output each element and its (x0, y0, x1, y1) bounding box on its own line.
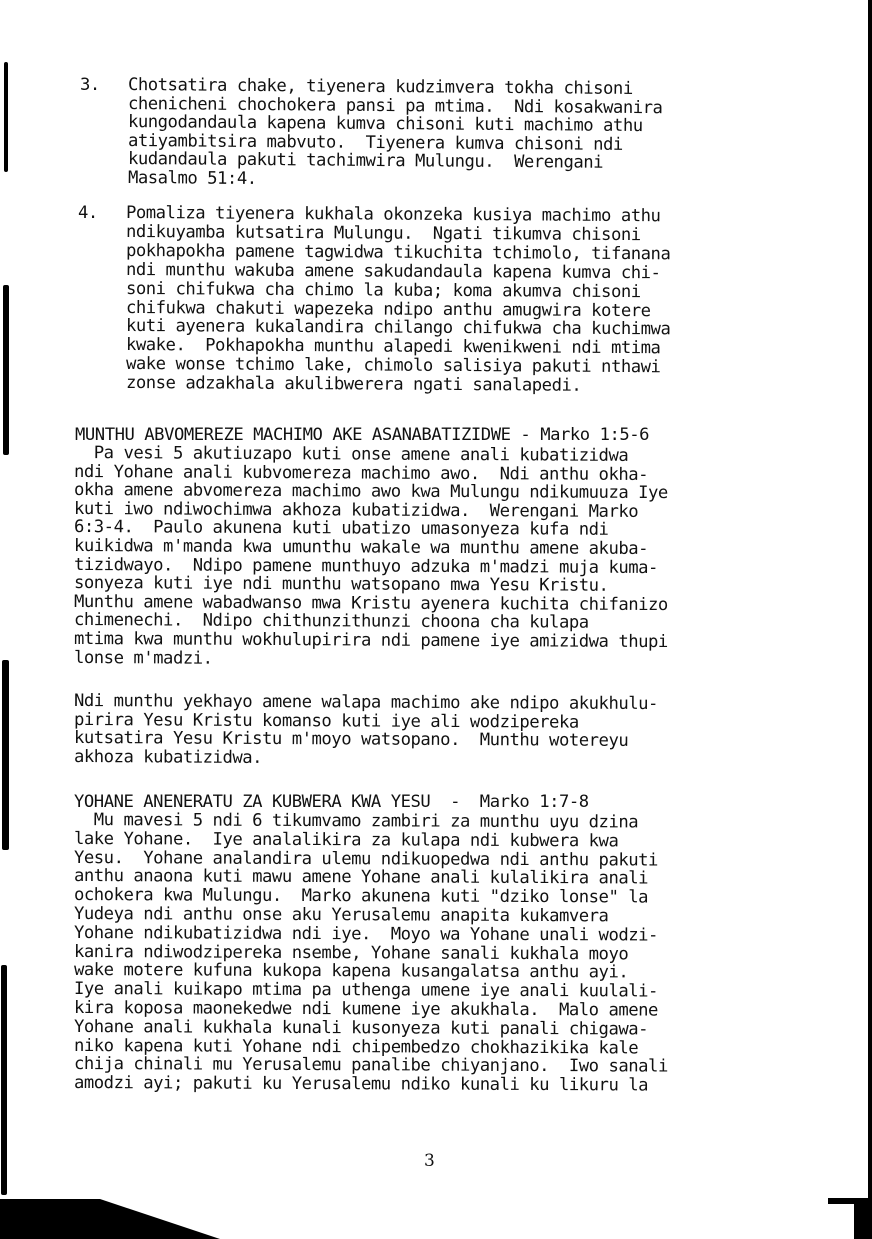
list-item-number: 3. (80, 76, 100, 94)
text-line: lonse m'madzi. (74, 649, 213, 668)
page-number: 3 (424, 1151, 434, 1171)
scan-shadow-bottom-right-lip (828, 1198, 868, 1204)
document-page: 3. Chotsatira chake, tiyenera kudzimvera… (0, 0, 872, 1239)
scan-mark-left (1, 965, 7, 1195)
text-line: Yohane anali kukhala kunali kusonyeza ku… (74, 1018, 648, 1039)
scan-shadow-bottom-left (0, 1199, 100, 1239)
text-line: akhoza kubatizidwa. (74, 748, 262, 767)
text-line: Yohane ndikubatizidwa ndi iye. Moyo wa Y… (74, 924, 658, 945)
scan-mark-left (3, 285, 9, 455)
scan-mark-left (2, 660, 9, 850)
section-heading: MUNTHU ABVOMEREZE MACHIMO AKE ASANABATIZ… (75, 426, 649, 444)
scan-mark-left (4, 62, 8, 172)
text-line: lake Yohane. Iye analalikira za kulapa n… (74, 830, 618, 850)
scan-edge-right (868, 0, 872, 1239)
scan-shadow-bottom-right (854, 1199, 872, 1239)
text-line: Masalmo 51:4. (128, 169, 257, 188)
text-line: Yudeya ndi anthu onse aku Yerusalemu ana… (74, 905, 609, 925)
scan-shadow-bottom-wedge (100, 1199, 220, 1239)
text-line: amodzi ayi; pakuti ku Yerusalemu ndiko k… (74, 1074, 648, 1095)
section-heading: YOHANE ANENERATU ZA KUBWERA KWA YESU - M… (74, 793, 589, 811)
list-item-number: 4. (78, 204, 98, 222)
text-line: zonse adzakhala akulibwerera ngati sanal… (126, 374, 581, 395)
